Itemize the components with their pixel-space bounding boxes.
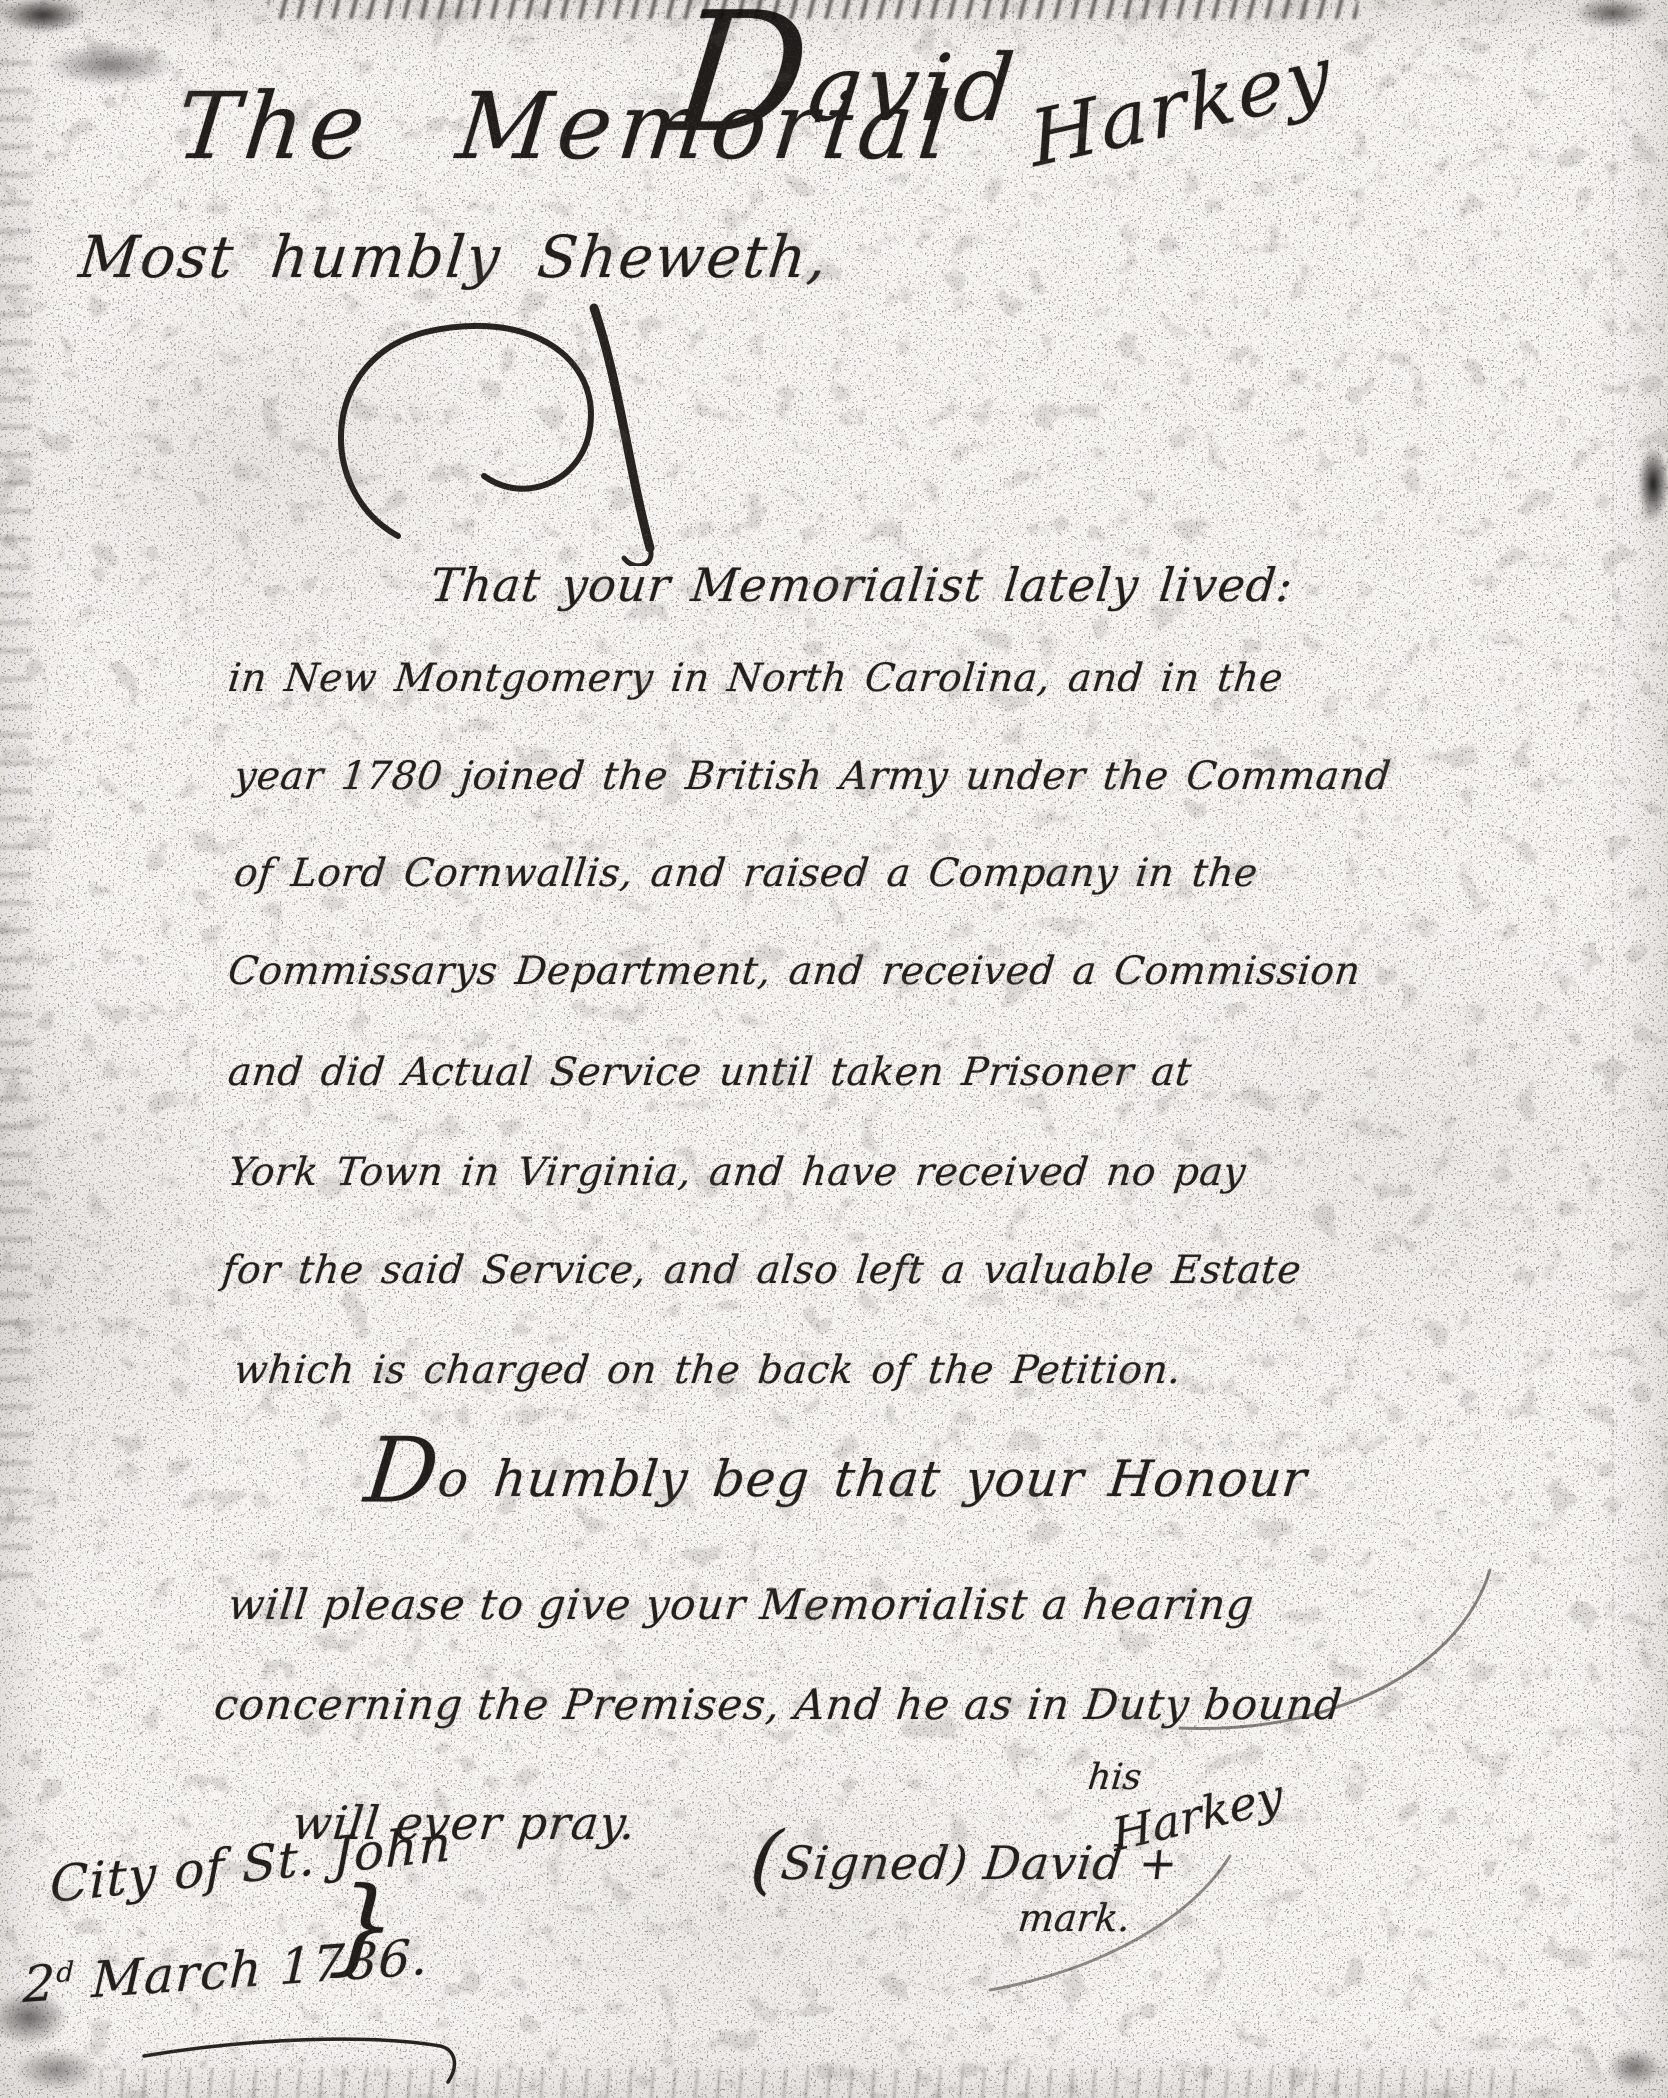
signature-mark-word: mark. (1016, 1898, 1132, 1940)
manuscript-line: York Town in Virginia, and have received… (226, 1152, 1248, 1195)
signature-his-word: his (1086, 1758, 1143, 1798)
manuscript-line: in New Montgomery in North Carolina, and… (226, 658, 1285, 701)
manuscript-line: That your Memorialist lately lived: (428, 560, 1296, 611)
scan-noise-overlay (0, 0, 1668, 2098)
forename-rest: avid (803, 35, 1021, 142)
document-title-surname: Harkey (1025, 32, 1336, 183)
scan-artifact-top-left (0, 0, 190, 100)
manuscript-line: of Lord Cornwallis, and raised a Company… (232, 853, 1260, 896)
scan-artifact-bottom-edge (100, 2068, 1520, 2098)
scan-artifact-left-edge (0, 60, 32, 1580)
manuscript-line: which is charged on the back of the Peti… (232, 1350, 1183, 1393)
petition-line-rest: o humbly beg that your Honour (435, 1450, 1310, 1508)
date-line: 2d March 1786. (22, 1930, 429, 2013)
calligraphic-flourish-initial (298, 296, 718, 566)
scan-artifact-bottom-right (1588, 2028, 1668, 2098)
date-day-suffix: d (56, 1956, 76, 1989)
document-title-forename: David (668, 38, 1022, 139)
salutation-line: Most humbly Sheweth, (76, 226, 832, 290)
manuscript-line: and did Actual Service until taken Priso… (226, 1052, 1194, 1095)
manuscript-line: Commissarys Department, and received a C… (226, 951, 1362, 994)
date-day: 2 (22, 1954, 57, 2014)
document-page: The Memorial David Harkey Most humbly Sh… (0, 0, 1668, 2098)
manuscript-line: for the said Service, and also left a va… (220, 1250, 1303, 1293)
scan-artifact-right-edge (1626, 428, 1668, 540)
date-rest: March 1786. (74, 1928, 430, 2010)
calligraphic-underline-flourish (140, 2028, 470, 2094)
manuscript-line: will please to give your Memorialist a h… (226, 1582, 1257, 1628)
fold-line-right (1612, 0, 1614, 1985)
manuscript-line: year 1780 joined the British Army under … (232, 756, 1393, 799)
manuscript-line: concerning the Premises, And he as in Du… (212, 1682, 1345, 1728)
scan-artifact-top-right (1550, 0, 1668, 43)
manuscript-line: Do humbly beg that your Honour (362, 1452, 1310, 1507)
